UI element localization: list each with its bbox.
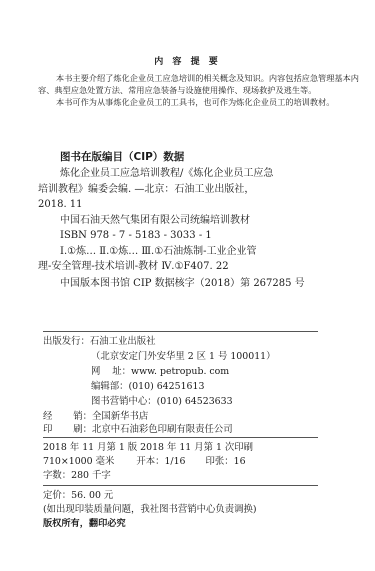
editorial-phone: (010) 64251613: [129, 381, 205, 392]
printer-row: 印 刷：北京中石油彩色印刷有限责任公司: [43, 423, 233, 436]
cip-title: 图书在版编目（CIP）数据: [60, 149, 184, 164]
book-format: 开本：1/16: [136, 456, 185, 467]
cip-line-2: 培训教程》编委会编. —北京：石油工业出版社，: [38, 183, 254, 197]
paper-size: 710×1000 毫米: [43, 456, 114, 467]
quality-notice: (如出现印装质量问题，我社图书营销中心负责调换): [43, 503, 257, 516]
editorial-row: 编辑部：(010) 64251613: [91, 380, 204, 393]
cip-classification-1: Ⅰ.①炼… Ⅱ.①炼… Ⅲ.①石油炼制-工业企业管: [60, 245, 257, 259]
publisher-name: 石油工业出版社: [90, 336, 156, 347]
price: 定价：56. 00 元: [43, 489, 113, 502]
website-label: 网 址：: [91, 366, 131, 377]
publisher-row: 出版发行：石油工业出版社: [43, 335, 156, 348]
summary-title: 内 容 提 要: [0, 54, 375, 67]
divider-rule: [43, 331, 318, 332]
cip-isbn: ISBN 978 - 7 - 5183 - 3033 - 1: [60, 229, 212, 243]
distributor-label: 经 销：: [43, 411, 92, 422]
distributor-name: 全国新华书店: [92, 411, 148, 422]
website-row: 网 址：www. petropub. com: [91, 365, 229, 378]
cip-line-3: 2018. 11: [38, 198, 83, 212]
copyright-notice: 版权所有，翻印必究: [43, 517, 126, 530]
cip-record-number: 中国版本图书馆 CIP 数据核字（2018）第 267285 号: [60, 277, 305, 291]
edition-line: 2018 年 11 月第 1 版 2018 年 11 月第 1 次印刷: [43, 441, 253, 454]
summary-line-3: 本书可作为从事炼化企业员工的工具书，也可作为炼化企业员工的培训教材。: [56, 96, 334, 108]
publisher-label: 出版发行：: [43, 336, 90, 347]
website-link[interactable]: www. petropub. com: [131, 366, 229, 377]
marketing-phone: (010) 64523633: [157, 396, 233, 407]
cip-classification-2: 理-安全管理-技术培训-教材 Ⅳ.①F407. 22: [38, 260, 229, 274]
publisher-address: （北京安定门外安华里 2 区 1 号 100011）: [91, 350, 276, 363]
print-sheets: 印张：16: [206, 456, 246, 467]
divider-rule: [43, 437, 318, 438]
summary-line-1: 本书主要介绍了炼化企业员工应急培训的相关概念及知识。内容包括应急管理基本内: [56, 72, 359, 84]
summary-line-2: 容、典型应急处置方法、常用应急装备与设施使用操作、现场救护及逃生等。: [38, 84, 316, 96]
marketing-row: 图书营销中心：(010) 64523633: [91, 395, 233, 408]
size-row: 710×1000 毫米开本：1/16印张：16: [43, 455, 246, 468]
cip-line-4: 中国石油天然气集团有限公司统编培训教材: [60, 214, 250, 228]
distributor-row: 经 销：全国新华书店: [43, 410, 148, 423]
marketing-label: 图书营销中心：: [91, 396, 157, 407]
editorial-label: 编辑部：: [91, 381, 129, 392]
printer-label: 印 刷：: [43, 424, 92, 435]
cip-line-1: 炼化企业员工应急培训教程/《炼化企业员工应急: [60, 167, 273, 181]
printer-name: 北京中石油彩色印刷有限责任公司: [92, 424, 233, 435]
divider-rule: [43, 485, 318, 486]
word-count: 字数：280 千字: [43, 469, 111, 482]
